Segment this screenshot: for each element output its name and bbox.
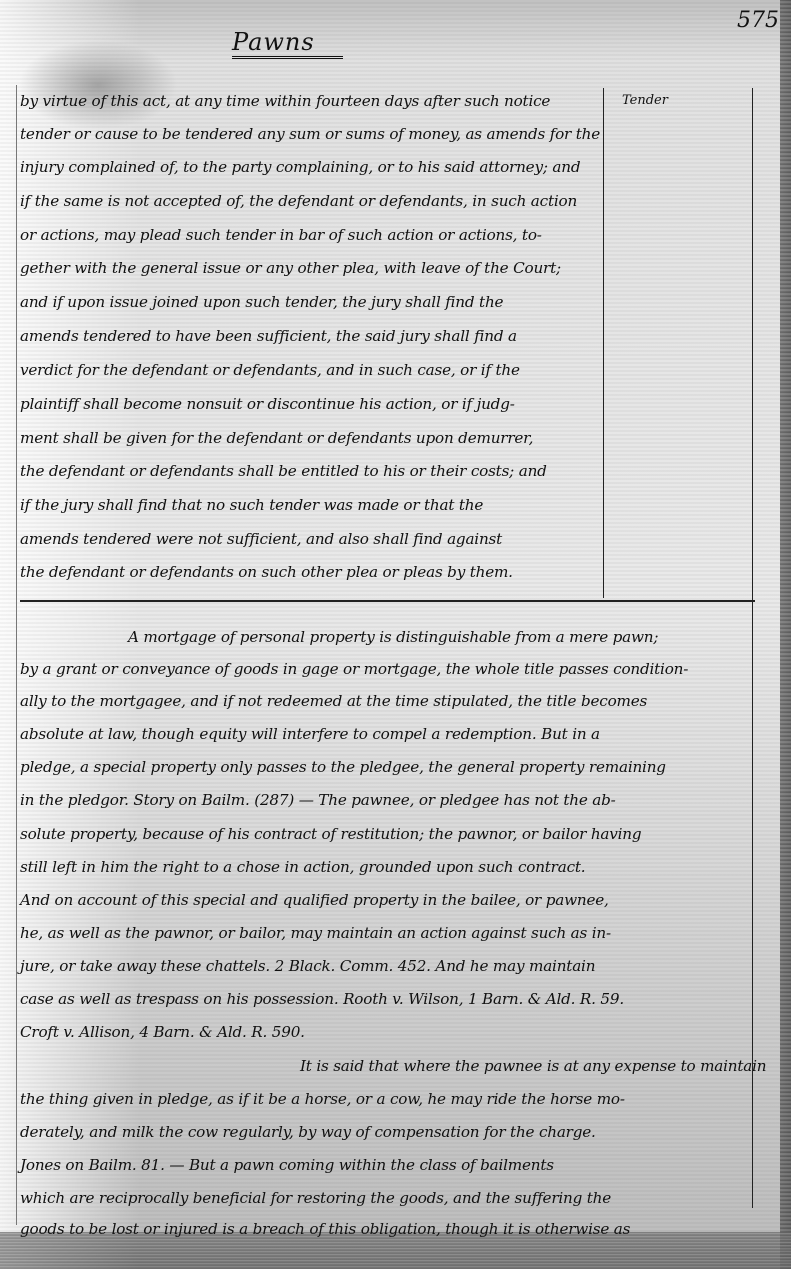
- text-line: he, as well as the pawnor, or bailor, ma…: [20, 924, 755, 942]
- text-line: goods to be lost or injured is a breach …: [20, 1220, 755, 1238]
- text-line: ally to the mortgagee, and if not redeem…: [20, 692, 755, 710]
- text-line: case as well as trespass on his possessi…: [20, 990, 755, 1008]
- text-line: Croft v. Allison, 4 Barn. & Ald. R. 590.: [20, 1023, 755, 1041]
- text-line: solute property, because of his contract…: [20, 825, 755, 843]
- paragraph-start-line: A mortgage of personal property is disti…: [20, 628, 791, 646]
- text-line: verdict for the defendant or defendants,…: [20, 361, 600, 379]
- text-line: amends tendered were not sufficient, and…: [20, 530, 600, 548]
- left-margin-rule: [16, 85, 17, 1225]
- ink-stain: [18, 40, 178, 130]
- text-line: the defendant or defendants on such othe…: [20, 563, 600, 581]
- text-line: tender or cause to be tendered any sum o…: [20, 125, 600, 143]
- text-line: derately, and milk the cow regularly, by…: [20, 1123, 755, 1141]
- text-line: and if upon issue joined upon such tende…: [20, 293, 600, 311]
- manuscript-page: 575 Pawns Tender by virtue of this act, …: [0, 0, 791, 1269]
- paragraph-start-line: It is said that where the pawnee is at a…: [20, 1057, 791, 1075]
- text-line: by a grant or conveyance of goods in gag…: [20, 660, 755, 678]
- margin-column-rule: [603, 88, 604, 598]
- margin-note: Tender: [622, 93, 668, 108]
- text-line: jure, or take away these chattels. 2 Bla…: [20, 957, 755, 975]
- text-line: which are reciprocally beneficial for re…: [20, 1189, 755, 1207]
- text-line: plaintiff shall become nonsuit or discon…: [20, 395, 600, 413]
- text-line: Jones on Bailm. 81. — But a pawn coming …: [20, 1156, 755, 1174]
- section-divider: [20, 600, 755, 602]
- text-line: ment shall be given for the defendant or…: [20, 429, 600, 447]
- text-line: And on account of this special and quali…: [20, 891, 755, 909]
- text-line: still left in him the right to a chose i…: [20, 858, 755, 876]
- text-line: the thing given in pledge, as if it be a…: [20, 1090, 755, 1108]
- text-line: in the pledgor. Story on Bailm. (287) — …: [20, 791, 755, 809]
- page-title: Pawns: [232, 28, 343, 59]
- text-line: absolute at law, though equity will inte…: [20, 725, 755, 743]
- page-number: 575: [737, 8, 779, 33]
- text-line: if the jury shall find that no such tend…: [20, 496, 600, 514]
- text-line: amends tendered to have been sufficient,…: [20, 327, 600, 345]
- text-line: or actions, may plead such tender in bar…: [20, 226, 600, 244]
- text-line: by virtue of this act, at any time withi…: [20, 92, 600, 110]
- text-line: injury complained of, to the party compl…: [20, 158, 600, 176]
- text-line: the defendant or defendants shall be ent…: [20, 462, 600, 480]
- text-line: if the same is not accepted of, the defe…: [20, 192, 600, 210]
- text-line: gether with the general issue or any oth…: [20, 259, 600, 277]
- text-line: pledge, a special property only passes t…: [20, 758, 755, 776]
